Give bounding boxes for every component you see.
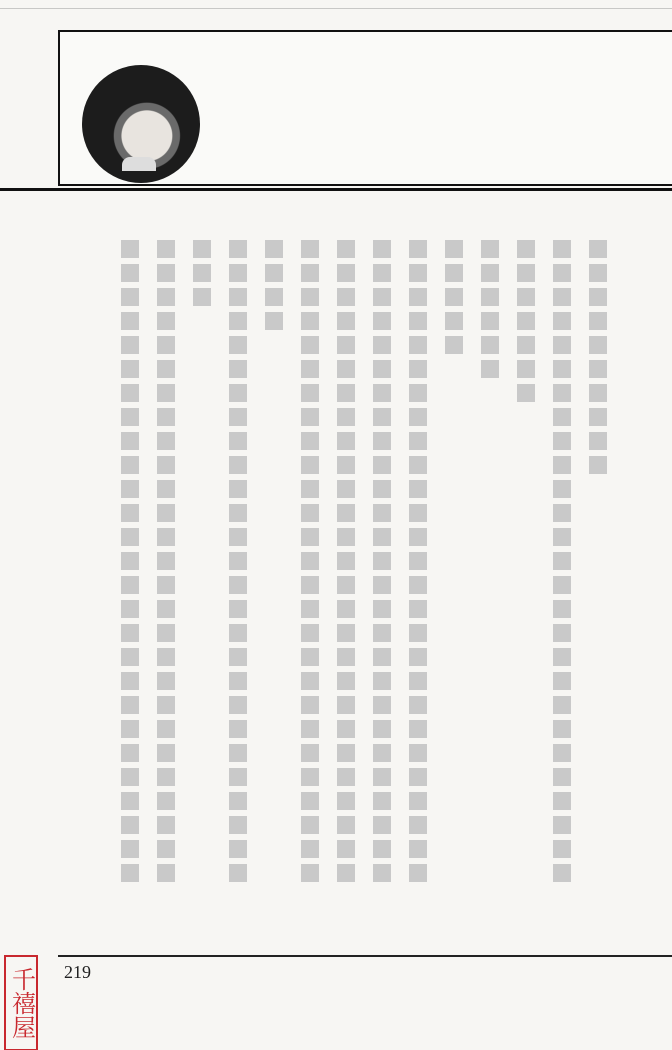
placeholder-line (409, 240, 427, 888)
placeholder-line (517, 240, 535, 408)
placeholder-line (157, 240, 175, 888)
placeholder-line (229, 240, 247, 888)
text-column-placeholder (226, 240, 250, 930)
placeholder-line (265, 240, 283, 336)
character-portrait-image (82, 65, 200, 183)
text-column-placeholder (478, 240, 502, 930)
placeholder-line (589, 240, 607, 480)
top-edge-rule (0, 8, 672, 9)
text-column-placeholder (442, 240, 466, 930)
placeholder-line (481, 240, 499, 384)
text-column-placeholder (154, 240, 178, 930)
vertical-body-text (110, 240, 610, 930)
text-column-placeholder (550, 240, 574, 930)
text-column-placeholder (514, 240, 538, 930)
text-column-placeholder (118, 240, 142, 930)
placeholder-line (301, 240, 319, 888)
placeholder-line (193, 240, 211, 312)
text-column-placeholder (298, 240, 322, 930)
scan-group-seal-stamp: 千禧屋 (4, 955, 38, 1050)
text-column-placeholder (334, 240, 358, 930)
footer-rule (58, 955, 672, 957)
placeholder-line (445, 240, 463, 360)
placeholder-line (337, 240, 355, 888)
placeholder-line (373, 240, 391, 888)
text-column-placeholder (406, 240, 430, 930)
text-column-placeholder (586, 240, 610, 930)
header-underline-rule (0, 188, 672, 191)
page-number: 219 (64, 962, 91, 983)
text-column-placeholder (262, 240, 286, 930)
text-column-placeholder (370, 240, 394, 930)
placeholder-line (121, 240, 139, 888)
placeholder-line (553, 240, 571, 888)
text-column-placeholder (190, 240, 214, 930)
